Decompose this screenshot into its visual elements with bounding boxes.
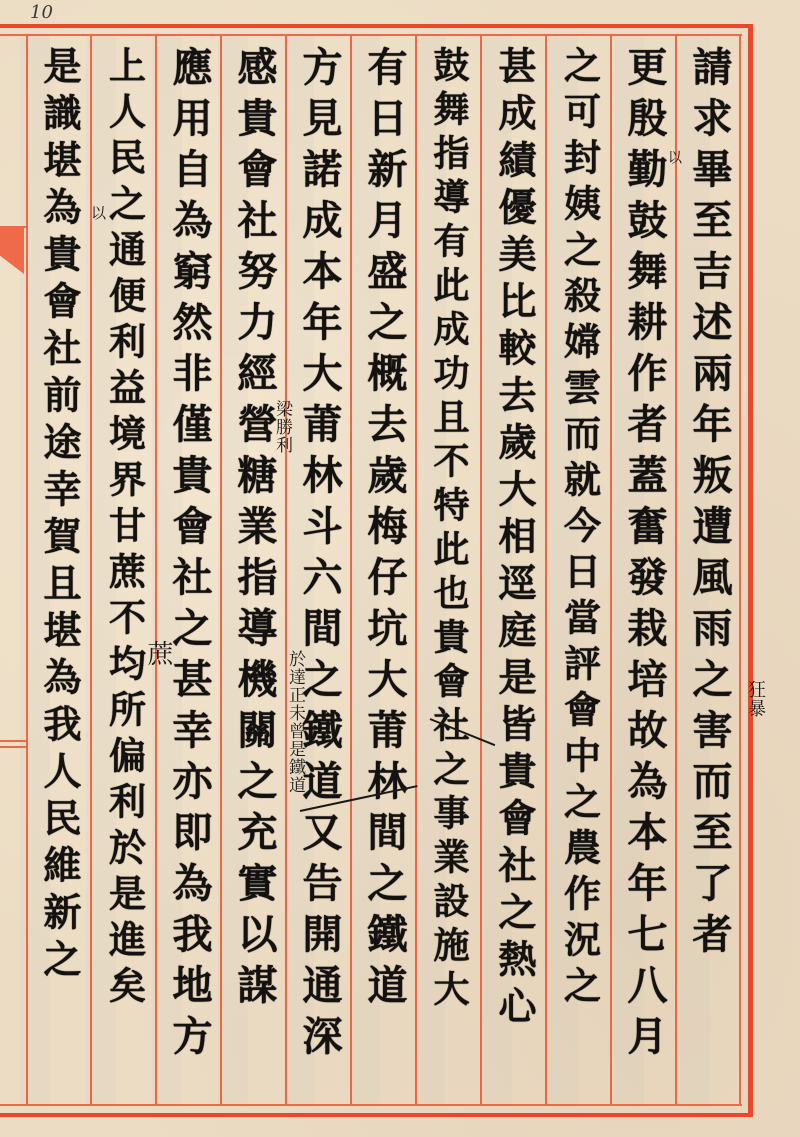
frame-top-border [0, 24, 752, 28]
annotation: 蔗 [140, 640, 177, 667]
text-column-8: 感貴會社努力經營糖業指導機關之充實以謀 [225, 40, 283, 1106]
fishtail-mark-top-line [0, 226, 26, 228]
column-rule [480, 36, 482, 1104]
text-column-5: 鼓舞指導有此成功且不特此也貴會社之事業設施大 [420, 40, 478, 1106]
column-rule [220, 36, 222, 1104]
column-rule [26, 36, 28, 1104]
text-column-1: 請求畢至吉述兩年叛遭風雨之害而至了者 [680, 40, 738, 1106]
column-text: 甚成績優美比較去歲大相逕庭是皆貴會社之熱心 [495, 46, 533, 1033]
text-column-9: 應用自為窮然非僅貴會社之甚幸亦即為我地方 [160, 40, 218, 1106]
column-rule [350, 36, 352, 1104]
column-text: 更殷勤鼓舞耕作者蓋奮發栽培故為本年七八月 [624, 46, 664, 1066]
frame-top-inner-border [0, 34, 742, 36]
column-rule [285, 36, 287, 1104]
text-column-11: 是識堪為貴會社前途幸賀且堪為我人民維新之 [30, 40, 88, 1106]
column-rule [545, 36, 547, 1104]
column-text: 感貴會社努力經營糖業指導機關之充實以謀 [234, 46, 274, 1015]
frame-right-border [748, 24, 753, 1117]
annotation: 梁勝利 [270, 400, 295, 454]
annotation: 以 [88, 205, 109, 221]
column-text: 方見諾成本年大莆林斗六間之鐵道又告開通深 [299, 46, 339, 1066]
fishtail-mark-bottom-line [0, 740, 26, 742]
text-column-10: 上人民之通便利益境界甘蔗不均所偏利於是進矣 [95, 40, 153, 1106]
frame-bottom-border [0, 1113, 752, 1117]
annotation: 以 [664, 150, 684, 165]
page-number: 10 [30, 2, 53, 23]
annotation: 於達正未曾是鐵道 [283, 650, 308, 794]
text-column-4: 甚成績優美比較去歲大相逕庭是皆貴會社之熱心 [485, 40, 543, 1106]
frame-right-inner-border [739, 34, 741, 1106]
fishtail-mark-bottom-line-2 [0, 746, 26, 748]
column-text: 之可封姨之殺嫦雲而就今日當評會中之農作況之 [561, 46, 598, 1012]
column-rule [610, 36, 612, 1104]
text-column-2: 更殷勤鼓舞耕作者蓋奮發栽培故為本年七八月 [615, 40, 673, 1106]
column-rule [415, 36, 417, 1104]
column-text: 請求畢至吉述兩年叛遭風雨之害而至了者 [689, 46, 729, 964]
text-column-7: 方見諾成本年大莆林斗六間之鐵道又告開通深 [290, 40, 348, 1106]
column-rule [155, 36, 157, 1104]
text-column-3: 之可封姨之殺嫦雲而就今日當評會中之農作況之 [550, 40, 608, 1106]
annotation: 狂暴 [742, 680, 768, 718]
column-rule [90, 36, 92, 1104]
column-text: 是識堪為貴會社前途幸賀且堪為我人民維新之 [40, 46, 78, 986]
column-text: 有日新月盛之概去歲梅仔坑大莆林間之鐵道 [364, 46, 404, 1015]
text-column-6: 有日新月盛之概去歲梅仔坑大莆林間之鐵道 [355, 40, 413, 1106]
column-text: 鼓舞指導有此成功且不特此也貴會社之事業設施大 [431, 46, 467, 1014]
column-text: 上人民之通便利益境界甘蔗不均所偏利於是進矣 [106, 46, 143, 1012]
column-text: 應用自為窮然非僅貴會社之甚幸亦即為我地方 [169, 46, 209, 1066]
column-rule [675, 36, 677, 1104]
